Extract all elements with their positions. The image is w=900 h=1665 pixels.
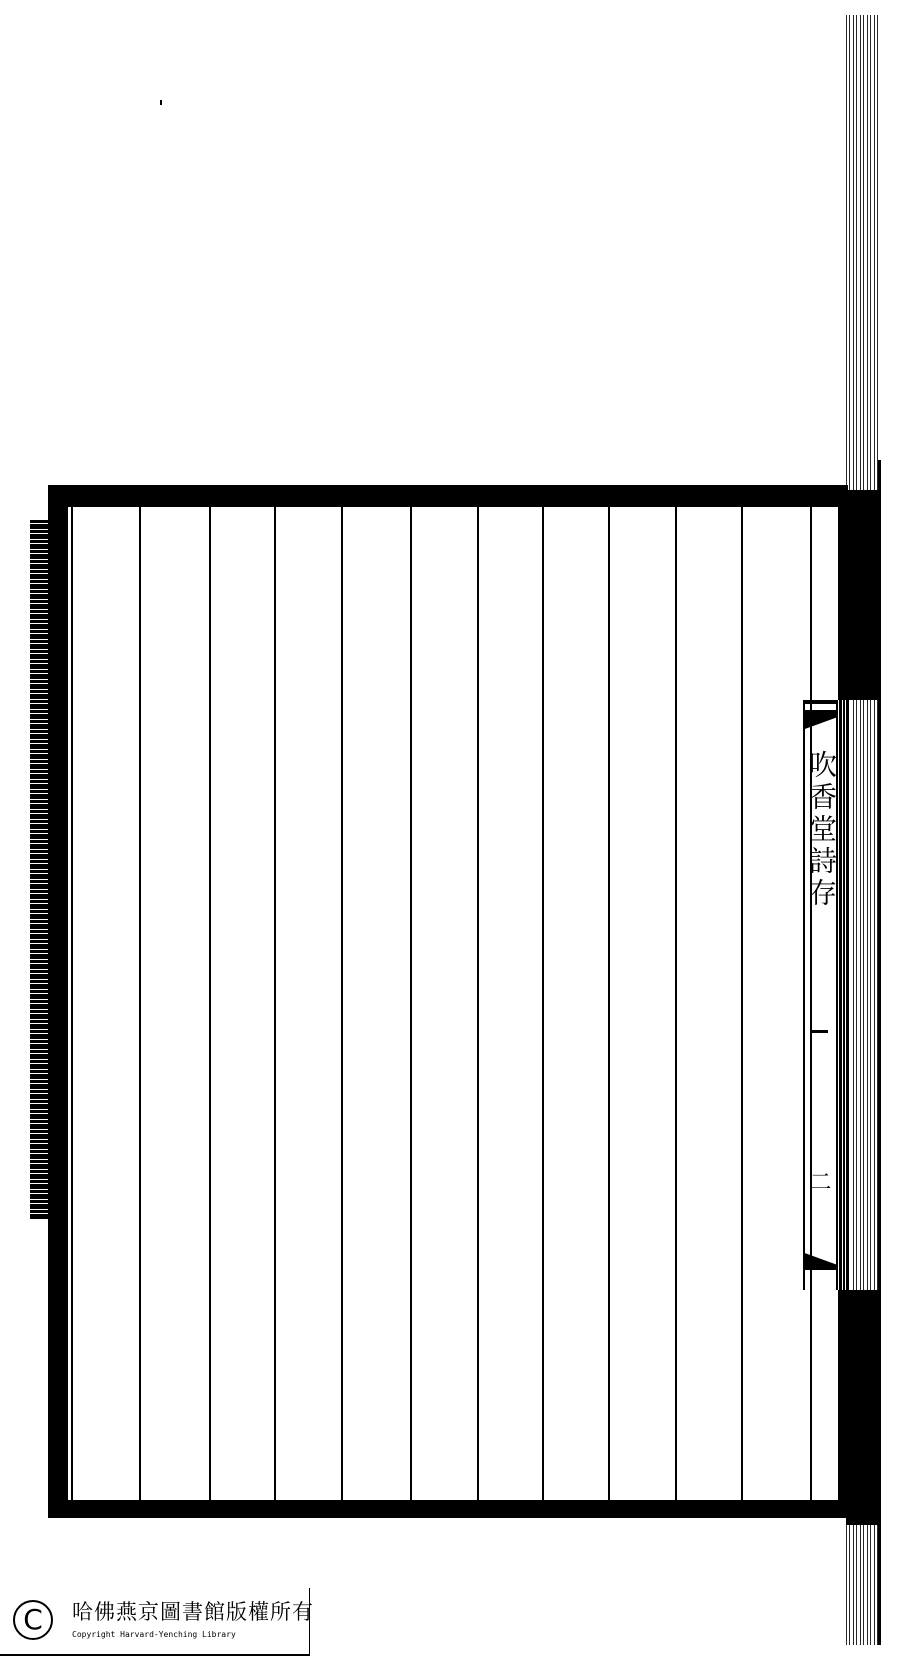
gutter-edge-line	[878, 460, 881, 1645]
fish-tail-top-mark	[805, 710, 837, 740]
ink-speck	[160, 100, 162, 105]
column-rule	[410, 507, 412, 1500]
copyright-text-english: Copyright Harvard-Yenching Library	[72, 1630, 236, 1639]
fish-tail-bottom-mark	[805, 1240, 837, 1270]
page-frame	[48, 485, 848, 1518]
column-rule	[608, 507, 610, 1500]
book-title: 吹香堂詩存	[806, 750, 836, 910]
banxin-scan-noise	[836, 700, 850, 1290]
gutter-dark-band	[846, 1290, 880, 1525]
page-number: 二	[808, 1170, 834, 1192]
column-rule	[274, 507, 276, 1500]
column-rule	[741, 507, 743, 1500]
copyright-icon: C	[13, 1600, 53, 1640]
column-rule	[71, 507, 73, 1500]
scanned-page: 吹香堂詩存 二 C 哈佛燕京圖書館版權所有 Copyright Harvard-…	[0, 0, 900, 1665]
column-rule	[675, 507, 677, 1500]
banxin-top-bar	[805, 700, 837, 704]
copyright-text-chinese: 哈佛燕京圖書館版權所有	[72, 1596, 314, 1626]
center-fold-title-column: 吹香堂詩存 二	[800, 700, 850, 1290]
column-rule	[209, 507, 211, 1500]
juan-marker-line	[810, 1030, 828, 1033]
column-rule	[139, 507, 141, 1500]
gutter-dark-band	[846, 490, 880, 700]
copyright-notice: C 哈佛燕京圖書館版權所有 Copyright Harvard-Yenching…	[0, 1588, 310, 1656]
column-rule	[341, 507, 343, 1500]
column-rule	[542, 507, 544, 1500]
column-rule	[477, 507, 479, 1500]
